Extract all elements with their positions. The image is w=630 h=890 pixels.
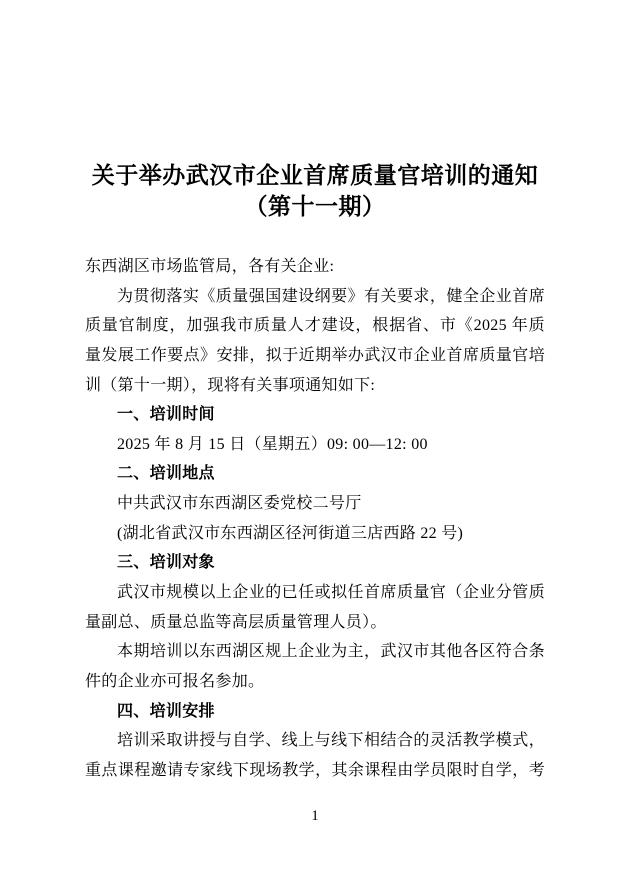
section-2-heading-line: 二、培训地点: [85, 459, 545, 489]
document-body: 东西湖区市场监管局，各有关企业:为贯彻落实《质量强国建设纲要》有关要求，健全企业…: [85, 252, 545, 786]
section-3-heading: 三、培训对象: [85, 548, 545, 578]
intro-paragraph-line: 质量官制度，加强我市质量人才建设，根据省、市《2025 年质: [85, 311, 545, 341]
section-1-heading: 一、培训时间: [85, 400, 545, 430]
document-page: 关于举办武汉市企业首席质量官培训的通知 （第十一期） 东西湖区市场监管局，各有关…: [0, 0, 630, 890]
audience-paragraph-line: 量副总、质量总监等高层质量管理人员）。: [85, 608, 545, 638]
salutation: 东西湖区市场监管局，各有关企业:: [85, 252, 545, 282]
training-venue: 中共武汉市东西湖区委党校二号厅: [85, 489, 545, 519]
audience-paragraph-line: 武汉市规模以上企业的已任或拟任首席质量官（企业分管质: [85, 578, 545, 608]
document-title: 关于举办武汉市企业首席质量官培训的通知 （第十一期）: [0, 160, 630, 222]
section-1-heading-line: 一、培训时间: [85, 400, 545, 430]
arrangement-paragraph-line: 重点课程邀请专家线下现场教学，其余课程由学员限时自学，考: [85, 756, 545, 786]
training-address-line: (湖北省武汉市东西湖区径河街道三店西路 22 号): [85, 519, 545, 549]
intro-paragraph-line: 为贯彻落实《质量强国建设纲要》有关要求，健全企业首席: [85, 282, 545, 312]
salutation-line: 东西湖区市场监管局，各有关企业:: [85, 252, 545, 282]
intro-paragraph-line: 量发展工作要点》安排，拟于近期举办武汉市企业首席质量官培: [85, 341, 545, 371]
audience-paragraph: 武汉市规模以上企业的已任或拟任首席质量官（企业分管质量副总、质量总监等高层质量管…: [85, 578, 545, 637]
section-4-heading: 四、培训安排: [85, 697, 545, 727]
section-2-heading: 二、培训地点: [85, 459, 545, 489]
arrangement-paragraph: 培训采取讲授与自学、线上与线下相结合的灵活教学模式，重点课程邀请专家线下现场教学…: [85, 726, 545, 785]
arrangement-paragraph-line: 培训采取讲授与自学、线上与线下相结合的灵活教学模式，: [85, 726, 545, 756]
training-time: 2025 年 8 月 15 日（星期五）09: 00—12: 00: [85, 430, 545, 460]
intro-paragraph: 为贯彻落实《质量强国建设纲要》有关要求，健全企业首席质量官制度，加强我市质量人才…: [85, 282, 545, 401]
document-title-line2: （第十一期）: [0, 191, 630, 222]
scope-paragraph-line: 本期培训以东西湖区规上企业为主，武汉市其他各区符合条: [85, 637, 545, 667]
section-3-heading-line: 三、培训对象: [85, 548, 545, 578]
scope-paragraph: 本期培训以东西湖区规上企业为主，武汉市其他各区符合条件的企业亦可报名参加。: [85, 637, 545, 696]
intro-paragraph-line: 训（第十一期），现将有关事项通知如下:: [85, 371, 545, 401]
training-time-line: 2025 年 8 月 15 日（星期五）09: 00—12: 00: [85, 430, 545, 460]
scope-paragraph-line: 件的企业亦可报名参加。: [85, 667, 545, 697]
training-address: (湖北省武汉市东西湖区径河街道三店西路 22 号): [85, 519, 545, 549]
document-title-line1: 关于举办武汉市企业首席质量官培训的通知: [0, 160, 630, 191]
section-4-heading-line: 四、培训安排: [85, 697, 545, 727]
page-number: 1: [0, 805, 630, 827]
training-venue-line: 中共武汉市东西湖区委党校二号厅: [85, 489, 545, 519]
